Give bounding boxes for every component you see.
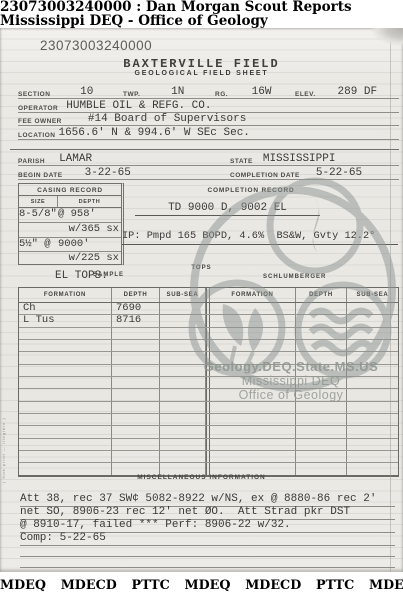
parish-value: LAMAR (45, 153, 92, 165)
tops-cell (112, 414, 160, 425)
tops-table-header: FORMATION DEPTH SUB-SEA FORMATION DEPTH … (19, 288, 398, 303)
tops-cell (19, 414, 112, 425)
casing-record-title: CASING RECORD (19, 184, 121, 196)
tops-cell (112, 365, 160, 376)
initial-production-line: IP: Pmpd 165 BOPD, 4.6% BS&W, Gvty 12.2° (122, 230, 398, 245)
tops-cell (347, 377, 398, 388)
elev-label: ELEV. (295, 91, 316, 98)
completion-record-title: COMPLETION RECORD (121, 187, 381, 194)
tops-cell (19, 451, 112, 462)
tops-cell (296, 328, 347, 339)
section-value: 10 (50, 86, 123, 98)
tops-table-row (19, 439, 398, 451)
misc-line: net SO, 8906-23 rec 12' net ØO. Att Stra… (20, 506, 395, 520)
tops-cell (210, 439, 296, 450)
tops-cell (160, 451, 206, 462)
total-depth-line: TD 9000 D, 9002 EL (135, 202, 320, 216)
tops-table-row (19, 389, 398, 401)
tops-cell (296, 451, 347, 462)
tops-cell (19, 439, 112, 450)
tops-cell (112, 328, 160, 339)
sheet-type-title: GEOLOGICAL FIELD SHEET (0, 70, 403, 77)
tops-cell (347, 303, 398, 314)
tops-cell (347, 365, 398, 376)
tops-cell (210, 365, 296, 376)
tops-cell (347, 439, 398, 450)
tops-table-row (19, 328, 398, 340)
tops-cell (296, 402, 347, 413)
tops-cell (210, 340, 296, 351)
field-name-title: BAXTERVILLE FIELD (0, 57, 403, 71)
tops-cell (296, 315, 347, 326)
section-label: SECTION (18, 91, 50, 98)
tops-cell (160, 328, 206, 339)
tops-cell (19, 426, 112, 437)
casing-row: 8-5/8"@ 958' (19, 208, 121, 223)
casing-size (19, 223, 58, 237)
location-value: 1656.6' N & 994.6' W SEc Sec. (55, 127, 249, 139)
tops-cell (210, 414, 296, 425)
casing-row: w/365 sx (19, 223, 121, 238)
tops-cell (19, 328, 112, 339)
document-header: 23073003240000 : Dan Morgan Scout Report… (0, 0, 403, 28)
header-well-id-title: 23073003240000 : Dan Morgan Scout Report… (0, 0, 403, 14)
twp-label: TWP. (123, 91, 140, 98)
tops-cell: Ch (19, 303, 112, 314)
field-row-dates: BEGIN DATE3-22-65 COMPLETION DATE5-22-65 (18, 165, 399, 180)
casing-size: 5½" @ (19, 238, 58, 252)
begin-date-value: 3-22-65 (63, 167, 131, 179)
tops-cell (210, 303, 296, 314)
misc-line: @ 8910-17, failed *** Perf: 8906-22 w/32… (20, 519, 395, 533)
tops-cell (160, 303, 206, 314)
tops-cell (296, 365, 347, 376)
tops-cell (112, 389, 160, 400)
col-depth: DEPTH (296, 288, 347, 302)
tops-cell (160, 402, 206, 413)
tops-table: FORMATION DEPTH SUB-SEA FORMATION DEPTH … (18, 287, 399, 477)
tops-cell (296, 352, 347, 363)
tops-cell (160, 414, 206, 425)
tops-cell (112, 402, 160, 413)
casing-size: 8-5/8" (19, 208, 58, 222)
tops-cell (296, 303, 347, 314)
tops-cell (210, 352, 296, 363)
tops-cell (347, 340, 398, 351)
tops-cell (210, 377, 296, 388)
tops-cell (19, 402, 112, 413)
field-row-location: LOCATION 1656.6' N & 994.6' W SEc Sec. (18, 125, 399, 140)
completion-date-label: COMPLETION DATE (230, 172, 300, 179)
casing-depth: @ 958' (58, 208, 121, 222)
tops-cell (347, 389, 398, 400)
tops-cell (296, 340, 347, 351)
tops-cell (296, 414, 347, 425)
tops-cell (19, 340, 112, 351)
field-row-fee-owner: FEE OWNER #14 Board of Supervisors (18, 112, 399, 126)
api-number-stamp: 23073003240000 (40, 38, 152, 53)
tops-cell (160, 352, 206, 363)
tops-cell (112, 439, 160, 450)
page-corner-curl (357, 28, 403, 54)
casing-depth: w/365 sx (58, 223, 121, 237)
operator-value: HUMBLE OIL & REFG. CO. (58, 100, 211, 112)
tops-cell (347, 451, 398, 462)
tops-cell (347, 426, 398, 437)
tops-cell (296, 426, 347, 437)
misc-line: Att 38, rec 37 SW¢ 5082-8922 w/NS, ex @ … (20, 489, 395, 507)
tops-cell (347, 402, 398, 413)
tops-cell: 8716 (112, 315, 160, 326)
tops-cell (347, 414, 398, 425)
field-row-operator: OPERATOR HUMBLE OIL & REFG. CO. (18, 98, 399, 113)
tops-cell (210, 328, 296, 339)
tops-table-row (19, 365, 398, 377)
casing-depth: 9000' (58, 238, 121, 252)
tops-cell (19, 377, 112, 388)
tops-cell (347, 328, 398, 339)
tops-table-row (19, 414, 398, 426)
tops-cell (210, 426, 296, 437)
tops-cell (160, 377, 206, 388)
tops-cell: 7690 (112, 303, 160, 314)
tops-table-row (19, 377, 398, 389)
header-agency-title: Mississippi DEQ - Office of Geology (0, 14, 403, 28)
tops-cell (296, 389, 347, 400)
tops-cell (160, 315, 206, 326)
schlumberger-column-group-label: SCHLUMBERGER (263, 274, 326, 280)
section-divider-line (10, 149, 399, 150)
casing-record-columns: SIZE DEPTH (19, 196, 121, 208)
tops-cell (19, 389, 112, 400)
twp-value: 1N (140, 86, 215, 98)
tops-table-row (19, 402, 398, 414)
tops-table-row (19, 426, 398, 438)
casing-size-col: SIZE (19, 196, 58, 207)
tops-table-row (19, 451, 398, 463)
parish-label: PARISH (18, 158, 45, 165)
col-formation: FORMATION (19, 288, 112, 302)
scanned-field-sheet: 23073003240000 BAXTERVILLE FIELD GEOLOGI… (0, 28, 403, 572)
misc-info-title: MISCELLANEOUS INFORMATION (0, 474, 403, 481)
misc-line: Comp: 5-22-65 (20, 532, 395, 546)
document-footer: MDEQ MDECD PTTC MDEQ MDECD PTTC MDEQ MDE… (0, 572, 403, 593)
tops-cell (210, 315, 296, 326)
tops-cell (347, 352, 398, 363)
tops-cell (160, 340, 206, 351)
state-label: STATE (230, 158, 253, 165)
tops-cell (296, 439, 347, 450)
tops-table-body: Ch7690L Tus8716 (19, 303, 398, 475)
tops-cell (347, 315, 398, 326)
location-label: LOCATION (18, 132, 55, 139)
tops-cell (112, 426, 160, 437)
casing-depth-col: DEPTH (58, 196, 121, 207)
tops-cell (160, 389, 206, 400)
tops-cell (112, 451, 160, 462)
tops-cell (210, 389, 296, 400)
operator-label: OPERATOR (18, 105, 58, 112)
col-depth: DEPTH (112, 288, 160, 302)
casing-row: 5½" @9000' (19, 238, 121, 253)
begin-date-label: BEGIN DATE (18, 172, 63, 179)
ruled-line (20, 556, 395, 568)
completion-date-value: 5-22-65 (300, 167, 362, 179)
tops-table-row: L Tus8716 (19, 315, 398, 327)
tops-cell (160, 439, 206, 450)
printer-imprint-fine-print: ( fine print — illegible ) (1, 268, 6, 483)
sample-column-group-label: SAMPLE (93, 272, 124, 278)
tops-cell (210, 451, 296, 462)
state-value: MISSISSIPPI (253, 153, 336, 165)
col-subsea: SUB-SEA (347, 288, 398, 302)
tops-cell (296, 377, 347, 388)
col-formation: FORMATION (210, 288, 296, 302)
tops-cell (112, 340, 160, 351)
rg-value: 16W (228, 86, 295, 98)
tops-cell (210, 402, 296, 413)
fee-owner-label: FEE OWNER (18, 118, 62, 125)
tops-table-row (19, 352, 398, 364)
tops-cell (112, 352, 160, 363)
tops-table-row: Ch7690 (19, 303, 398, 315)
tops-cell (160, 365, 206, 376)
field-row-section: SECTION10 TWP.1N RG.16W ELEV.289 DF (18, 83, 399, 99)
tops-table-row (19, 340, 398, 352)
rg-label: RG. (215, 91, 228, 98)
footer-org-abbreviations: MDEQ MDECD PTTC MDEQ MDECD PTTC MDEQ MDE… (0, 578, 403, 593)
field-row-parish-state: PARISHLAMAR STATEMISSISSIPPI (18, 151, 399, 166)
fee-owner-value: #14 Board of Supervisors (62, 113, 246, 125)
tops-cell (19, 352, 112, 363)
col-subsea: SUB-SEA (160, 288, 206, 302)
casing-record-table: CASING RECORD SIZE DEPTH 8-5/8"@ 958' w/… (18, 183, 124, 265)
tops-cell (19, 365, 112, 376)
tops-cell (160, 426, 206, 437)
tops-cell (112, 377, 160, 388)
tops-cell: L Tus (19, 315, 112, 326)
elev-value: 289 DF (316, 86, 399, 98)
